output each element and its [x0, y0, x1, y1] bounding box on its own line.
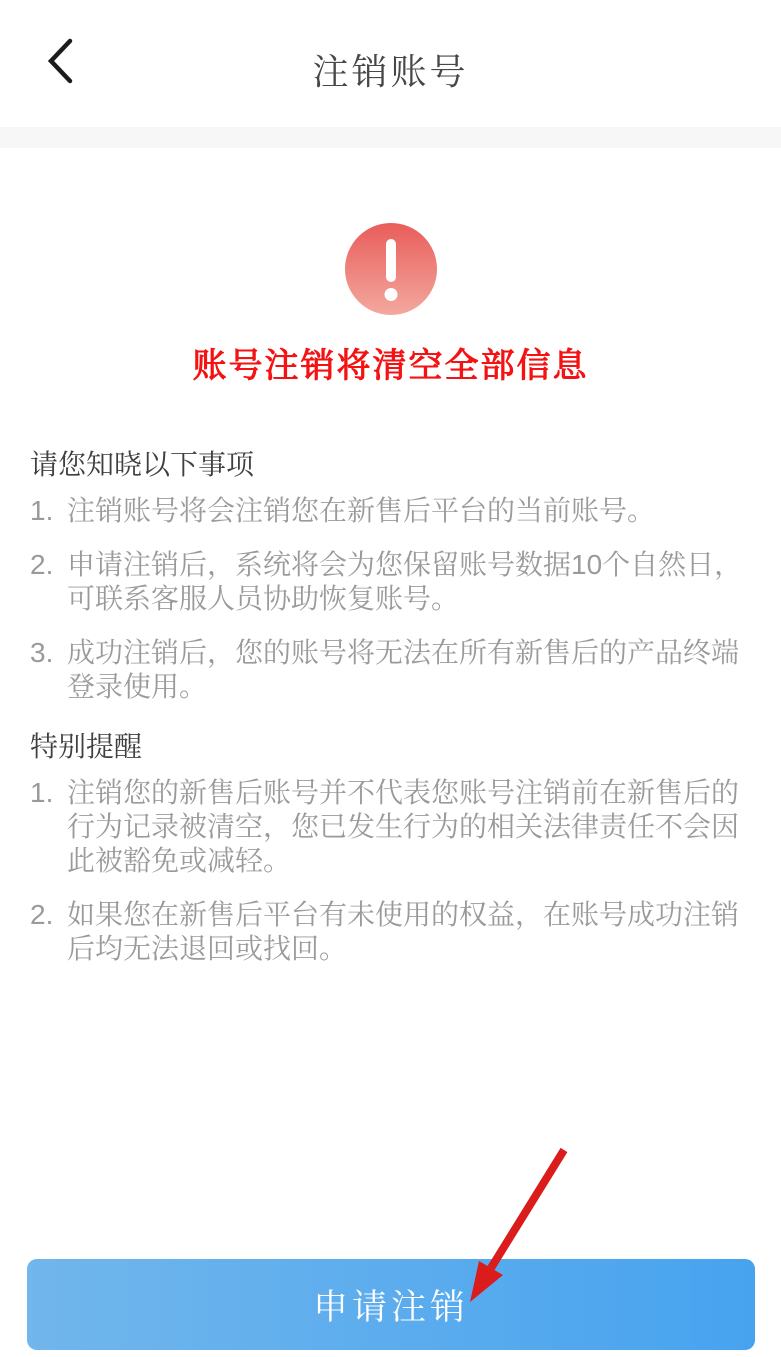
item-number: 1.: [30, 494, 67, 528]
reminder-heading: 特别提醒: [30, 730, 752, 764]
item-number: 2.: [30, 898, 67, 966]
cancel-account-screen: 注销账号 账号注销将清空全部信息 请您知晓以下事项 1. 注销账号将会注销您在新…: [0, 0, 781, 1357]
apply-cancel-button-label: 申请注销: [313, 1280, 469, 1330]
list-item: 1. 注销账号将会注销您在新售后平台的当前账号。: [30, 494, 752, 528]
item-text: 注销账号将会注销您在新售后平台的当前账号。: [67, 494, 752, 528]
item-text: 成功注销后，您的账号将无法在所有新售后的产品终端登录使用。: [67, 636, 752, 704]
exclamation-dot: [384, 288, 397, 301]
list-item: 2. 申请注销后，系统将会为您保留账号数据10个自然日，可联系客服人员协助恢复账…: [30, 548, 752, 616]
notice-section: 请您知晓以下事项 1. 注销账号将会注销您在新售后平台的当前账号。 2. 申请注…: [30, 448, 752, 724]
item-text: 注销您的新售后账号并不代表您账号注销前在新售后的行为记录被清空，您已发生行为的相…: [67, 776, 752, 878]
reminder-section: 特别提醒 1. 注销您的新售后账号并不代表您账号注销前在新售后的行为记录被清空，…: [30, 730, 752, 986]
item-number: 1.: [30, 776, 67, 878]
notice-heading: 请您知晓以下事项: [30, 448, 752, 482]
header-divider: [0, 127, 781, 148]
warning-exclamation-icon: [345, 223, 437, 315]
exclamation-bar: [386, 239, 396, 282]
item-number: 2.: [30, 548, 67, 616]
list-item: 3. 成功注销后，您的账号将无法在所有新售后的产品终端登录使用。: [30, 636, 752, 704]
list-item: 1. 注销您的新售后账号并不代表您账号注销前在新售后的行为记录被清空，您已发生行…: [30, 776, 752, 878]
warning-message: 账号注销将清空全部信息: [0, 338, 781, 387]
item-text: 申请注销后，系统将会为您保留账号数据10个自然日，可联系客服人员协助恢复账号。: [67, 548, 752, 616]
list-item: 2. 如果您在新售后平台有未使用的权益，在账号成功注销后均无法退回或找回。: [30, 898, 752, 966]
header: 注销账号: [0, 0, 781, 127]
apply-cancel-button[interactable]: 申请注销: [27, 1259, 755, 1350]
item-text: 如果您在新售后平台有未使用的权益，在账号成功注销后均无法退回或找回。: [67, 898, 752, 966]
page-title: 注销账号: [0, 44, 781, 95]
item-number: 3.: [30, 636, 67, 704]
